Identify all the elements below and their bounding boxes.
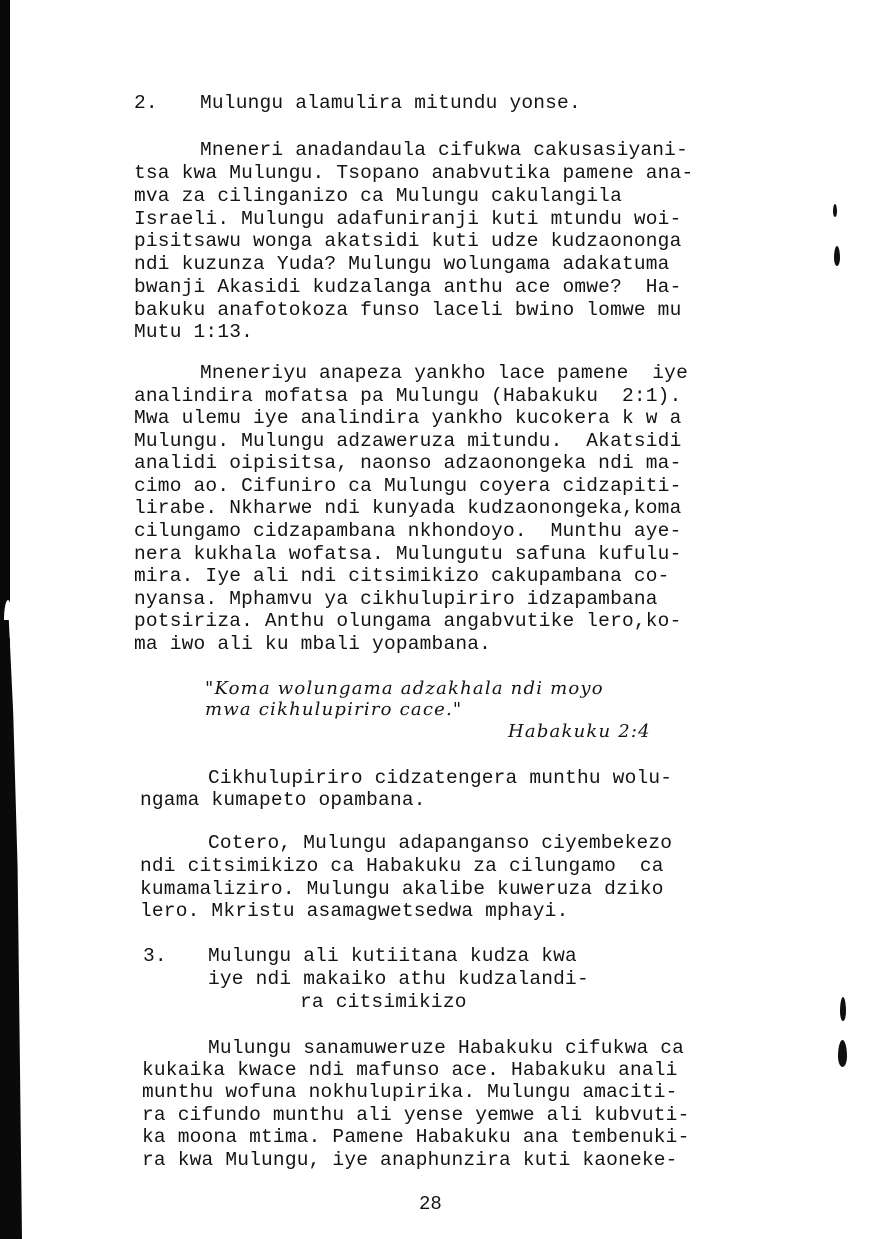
section-2-number: 2. — [134, 92, 158, 114]
paragraph-line: analindira mofatsa pa Mulungu (Habakuku … — [134, 385, 682, 407]
paragraph-line: cilungamo cidzapambana nkhondoyo. Munthu… — [134, 520, 682, 542]
paragraph-line: Mulungu. Mulungu adzaweruza mitundu. Aka… — [134, 430, 682, 452]
paragraph-line: lero. Mkristu asamagwetsedwa mphayi. — [140, 900, 568, 922]
paragraph-line: Mwa ulemu iye analindira yankho kucokera… — [134, 407, 682, 429]
paragraph-line: tsa kwa Mulungu. Tsopano anabvutika pame… — [134, 162, 693, 184]
paragraph-line: kukaika kwace ndi mafunso ace. Habakuku … — [142, 1059, 678, 1081]
scan-artifact-mark — [833, 204, 837, 217]
paragraph-line: Cotero, Mulungu adapanganso ciyembekezo — [208, 832, 672, 854]
paragraph-line: ra kwa Mulungu, iye anaphunzira kuti kao… — [142, 1149, 678, 1171]
scan-artifact-mark — [838, 1040, 847, 1067]
paragraph-line: Mneneriyu anapeza yankho lace pamene iye — [200, 362, 688, 384]
paragraph-line: munthu wofuna nokhulupirika. Mulungu ama… — [142, 1081, 678, 1103]
scan-artifact-mark — [840, 997, 846, 1021]
paragraph-line: ngama kumapeto opambana. — [140, 789, 426, 811]
paragraph-line: analidi oipisitsa, naonso adzaonongeka n… — [134, 452, 682, 474]
paragraph-line: ma iwo ali ku mbali yopambana. — [134, 633, 491, 655]
paragraph-line: nyansa. Mphamvu ya cikhulupiriro idzapam… — [134, 588, 658, 610]
quote-line: mwa cikhulupiriro cace." — [205, 699, 462, 721]
paragraph-line: Cikhulupiriro cidzatengera munthu wolu- — [208, 767, 672, 789]
heading-line: Mulungu ali kutiitana kudza kwa — [208, 945, 577, 967]
paragraph-line: ra cifundo munthu ali yense yemwe ali ku… — [142, 1104, 690, 1126]
paragraph-line: potsiriza. Anthu olungama angabvutike le… — [134, 610, 682, 632]
quote-line: "Koma wolungama adzakhala ndi moyo — [205, 678, 604, 700]
paragraph-line: lirabe. Nkharwe ndi kunyada kudzaonongek… — [134, 497, 682, 519]
paragraph-line: bakuku anafotokoza funso laceli bwino lo… — [134, 299, 682, 321]
paragraph-line: ndi citsimikizo ca Habakuku za cilungamo… — [140, 855, 664, 877]
paragraph-line: Mutu 1:13. — [134, 321, 253, 343]
paragraph-line: ka moona mtima. Pamene Habakuku ana temb… — [142, 1126, 690, 1148]
paragraph-line: ndi kuzunza Yuda? Mulungu wolungama adak… — [134, 253, 670, 275]
paragraph-line: kumamaliziro. Mulungu akalibe kuweruza d… — [140, 878, 664, 900]
heading-line: iye ndi makaiko athu kudzalandi- — [208, 968, 589, 990]
paragraph-line: Mneneri anadandaula cifukwa cakusasiyani… — [200, 139, 688, 161]
paragraph-line: mira. Iye ali ndi citsimikizo cakupamban… — [134, 565, 670, 587]
page-number: 28 — [419, 1193, 442, 1215]
section-3-number: 3. — [143, 945, 167, 967]
paragraph-line: bwanji Akasidi kudzalanga anthu ace omwe… — [134, 276, 682, 298]
paragraph-line: Mulungu sanamuweruze Habakuku cifukwa ca — [208, 1037, 684, 1059]
document-page: 2. Mulungu alamulira mitundu yonse. Mnen… — [0, 0, 872, 1239]
paragraph-line: cimo ao. Cifuniro ca Mulungu coyera cidz… — [134, 475, 682, 497]
heading-line: ra citsimikizo — [300, 991, 467, 1013]
paragraph-line: Israeli. Mulungu adafuniranji kuti mtund… — [134, 208, 682, 230]
quote-reference: Habakuku 2:4 — [508, 721, 651, 743]
scan-artifact-mark — [834, 246, 840, 266]
paragraph-line: pisitsawu wonga akatsidi kuti udze kudza… — [134, 230, 682, 252]
paragraph-line: mva za cilinganizo ca Mulungu cakulangil… — [134, 185, 622, 207]
paragraph-line: nera kukhala wofatsa. Mulungutu safuna k… — [134, 543, 682, 565]
section-2-heading: Mulungu alamulira mitundu yonse. — [200, 92, 581, 114]
